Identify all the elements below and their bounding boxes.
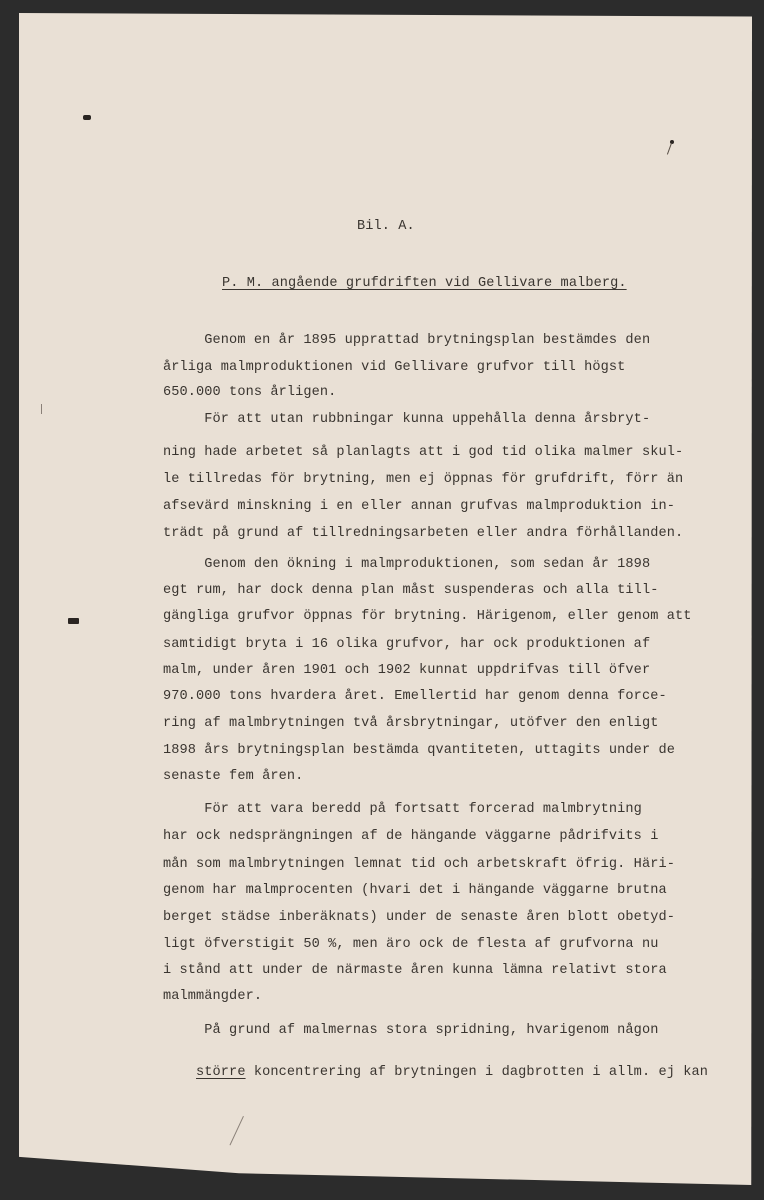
text-line: har ock nedsprängningen af de hängande v…	[163, 830, 658, 844]
text-line: För att utan rubbningar kunna uppehålla …	[163, 413, 650, 427]
pen-stroke-bottom	[229, 1116, 243, 1145]
text-line: trädt på grund af tillredningsarbeten el…	[163, 527, 683, 541]
ink-blot-left-margin	[68, 618, 79, 624]
text-line: i stånd att under de närmaste åren kunna…	[163, 964, 667, 978]
text-line: samtidigt bryta i 16 olika grufvor, har …	[163, 638, 650, 652]
text-line: ning hade arbetet så planlagts att i god…	[163, 446, 683, 460]
text-line: gängliga grufvor öppnas för brytning. Hä…	[163, 610, 691, 624]
page-heading: Bil. A.	[357, 220, 415, 234]
underlined-word: större	[196, 1065, 246, 1080]
text-line: Genom den ökning i malmproduktionen, som…	[163, 558, 650, 572]
pen-stroke-top-right	[667, 143, 672, 155]
text-line: 970.000 tons hvardera året. Emellertid h…	[163, 690, 667, 704]
text-line: mån som malmbrytningen lemnat tid och ar…	[163, 858, 675, 872]
ink-blot-top-left	[83, 115, 91, 120]
text-line: malm, under åren 1901 och 1902 kunnat up…	[163, 664, 650, 678]
document-page	[19, 13, 752, 1185]
text-line-rest: koncentrering af brytningen i dagbrotten…	[246, 1065, 708, 1080]
text-line: ligt öfverstigit 50 %, men äro ock de fl…	[163, 938, 658, 952]
text-line: Genom en år 1895 upprattad brytningsplan…	[163, 334, 650, 348]
text-line: malmmängder.	[163, 990, 262, 1004]
text-line: le tillredas för brytning, men ej öppnas…	[163, 473, 683, 487]
text-line-last: större koncentrering af brytningen i dag…	[163, 1052, 708, 1093]
text-line: afsevärd minskning i en eller annan gruf…	[163, 500, 675, 514]
text-line: årliga malmproduktionen vid Gellivare gr…	[163, 361, 625, 375]
text-line: 650.000 tons årligen.	[163, 386, 336, 400]
text-line: På grund af malmernas stora spridning, h…	[163, 1024, 658, 1038]
text-line: För att vara beredd på fortsatt forcerad…	[163, 803, 642, 817]
text-line: senaste fem åren.	[163, 770, 303, 784]
text-line: 1898 års brytningsplan bestämda qvantite…	[163, 744, 675, 758]
text-line: genom har malmprocenten (hvari det i hän…	[163, 884, 667, 898]
text-line: ring af malmbrytningen två årsbrytningar…	[163, 717, 658, 731]
text-line: berget städse inberäknats) under de sena…	[163, 911, 675, 925]
faint-mark-left	[41, 404, 42, 414]
text-line: egt rum, har dock denna plan måst suspen…	[163, 584, 658, 598]
document-title: P. M. angående grufdriften vid Gellivare…	[222, 277, 627, 291]
